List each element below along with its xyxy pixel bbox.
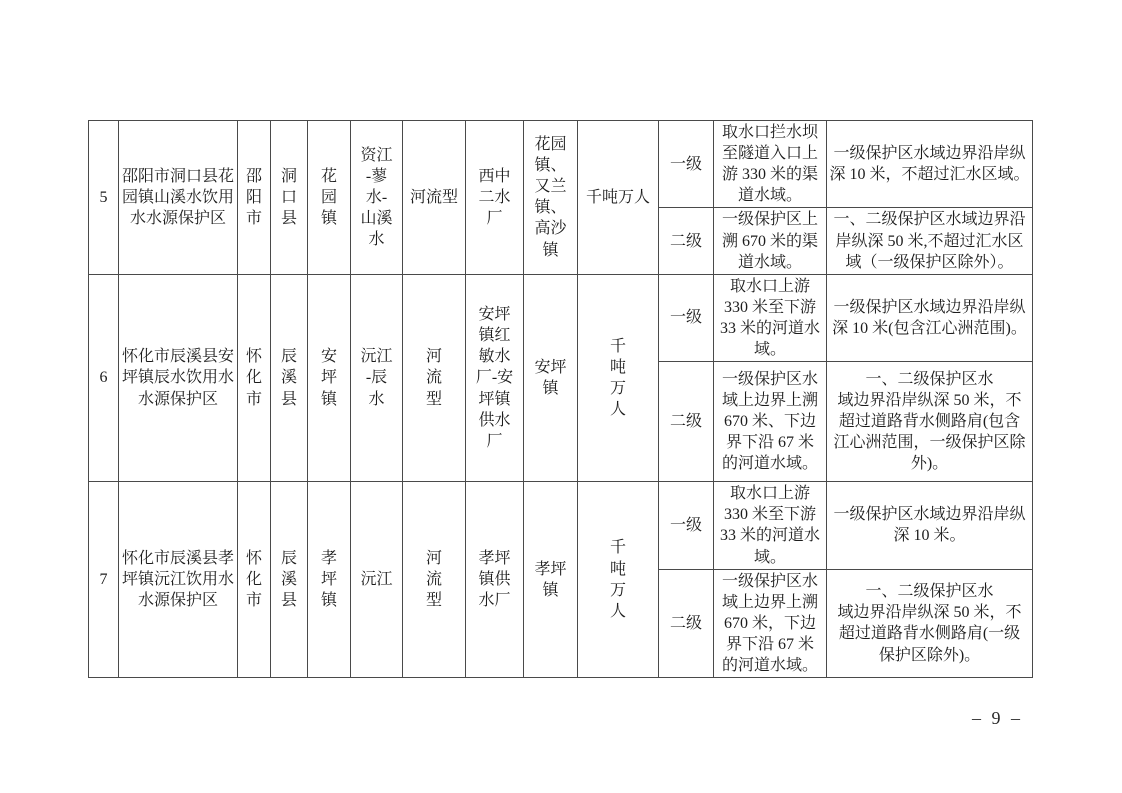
- cell-towns-served: 安坪 镇: [524, 274, 578, 481]
- table-row: 5 邵阳市洞口县花园镇山溪水饮用水水源保护区 邵 阳 市 洞 口 县 花 园 镇…: [89, 121, 1033, 208]
- cell-water-area-range: 一级保护区上 溯 670 米的渠 道水域。: [714, 208, 827, 274]
- cell-protection-area-name: 邵阳市洞口县花园镇山溪水饮用水水源保护区: [119, 121, 238, 275]
- table-row: 7 怀化市辰溪县孝坪镇沅江饮用水水源保护区 怀 化 市 辰 溪 县 孝 坪 镇 …: [89, 482, 1033, 569]
- cell-city: 怀 化 市: [238, 274, 271, 481]
- cell-land-area-range: 一、二级保护区水 域边界沿岸纵深 50 米，不 超过道路背水侧路肩(一级 保护区…: [827, 569, 1033, 678]
- document-page: 5 邵阳市洞口县花园镇山溪水饮用水水源保护区 邵 阳 市 洞 口 县 花 园 镇…: [0, 0, 1122, 793]
- cell-town: 安 坪 镇: [308, 274, 351, 481]
- cell-land-area-range: 一级保护区水域边界沿岸纵 深 10 米，不超过汇水区域。: [827, 121, 1033, 208]
- cell-protection-level: 二级: [659, 362, 714, 482]
- page-number: – 9 –: [972, 708, 1023, 729]
- cell-town: 孝 坪 镇: [308, 482, 351, 678]
- cell-city: 邵 阳 市: [238, 121, 271, 275]
- cell-water-body: 沅江 -辰 水: [351, 274, 403, 481]
- cell-protection-level: 一级: [659, 121, 714, 208]
- cell-water-plant: 孝坪 镇供 水厂: [466, 482, 524, 678]
- cell-towns-served: 花园 镇、 又兰 镇、 高沙 镇: [524, 121, 578, 275]
- cell-water-area-range: 一级保护区水 域上边界上溯 670 米、下边 界下沿 67 米 的河道水域。: [714, 362, 827, 482]
- cell-supply-scale: 千吨万人: [578, 121, 659, 275]
- water-source-protection-table: 5 邵阳市洞口县花园镇山溪水饮用水水源保护区 邵 阳 市 洞 口 县 花 园 镇…: [88, 120, 1033, 678]
- cell-supply-scale: 千 吨 万 人: [578, 274, 659, 481]
- cell-protection-level: 一级: [659, 482, 714, 569]
- cell-land-area-range: 一级保护区水域边界沿岸纵 深 10 米。: [827, 482, 1033, 569]
- cell-land-area-range: 一、二级保护区水域边界沿 岸纵深 50 米,不超过汇水区 域（一级保护区除外）。: [827, 208, 1033, 274]
- cell-water-area-range: 取水口上游 330 米至下游 33 米的河道水 域。: [714, 274, 827, 361]
- cell-town: 花 园 镇: [308, 121, 351, 275]
- cell-water-body: 沅江: [351, 482, 403, 678]
- cell-water-area-range: 取水口上游 330 米至下游 33 米的河道水 域。: [714, 482, 827, 569]
- cell-water-area-range: 取水口拦水坝 至隧道入口上 游 330 米的渠 道水域。: [714, 121, 827, 208]
- cell-supply-scale: 千 吨 万 人: [578, 482, 659, 678]
- cell-land-area-range: 一、二级保护区水 域边界沿岸纵深 50 米，不 超过道路背水侧路肩(包含 江心洲…: [827, 362, 1033, 482]
- cell-serial-number: 6: [89, 274, 119, 481]
- cell-serial-number: 5: [89, 121, 119, 275]
- cell-protection-area-name: 怀化市辰溪县孝坪镇沅江饮用水水源保护区: [119, 482, 238, 678]
- cell-protection-level: 一级: [659, 274, 714, 361]
- cell-county: 辰 溪 县: [271, 274, 308, 481]
- cell-land-area-range: 一级保护区水域边界沿岸纵 深 10 米(包含江心洲范围)。: [827, 274, 1033, 361]
- cell-water-body: 资江 -蓼 水- 山溪 水: [351, 121, 403, 275]
- cell-water-plant: 安坪 镇红 敏水 厂-安 坪镇 供水 厂: [466, 274, 524, 481]
- cell-serial-number: 7: [89, 482, 119, 678]
- cell-county: 洞 口 县: [271, 121, 308, 275]
- cell-protection-level: 二级: [659, 569, 714, 678]
- cell-water-area-range: 一级保护区水 域上边界上溯 670 米，下边 界下沿 67 米 的河道水域。: [714, 569, 827, 678]
- cell-city: 怀 化 市: [238, 482, 271, 678]
- cell-source-type: 河 流 型: [403, 482, 466, 678]
- cell-protection-area-name: 怀化市辰溪县安坪镇辰水饮用水水源保护区: [119, 274, 238, 481]
- cell-water-plant: 西中 二水 厂: [466, 121, 524, 275]
- table-row: 6 怀化市辰溪县安坪镇辰水饮用水水源保护区 怀 化 市 辰 溪 县 安 坪 镇 …: [89, 274, 1033, 361]
- cell-towns-served: 孝坪 镇: [524, 482, 578, 678]
- cell-county: 辰 溪 县: [271, 482, 308, 678]
- cell-source-type: 河流型: [403, 121, 466, 275]
- cell-protection-level: 二级: [659, 208, 714, 274]
- cell-source-type: 河 流 型: [403, 274, 466, 481]
